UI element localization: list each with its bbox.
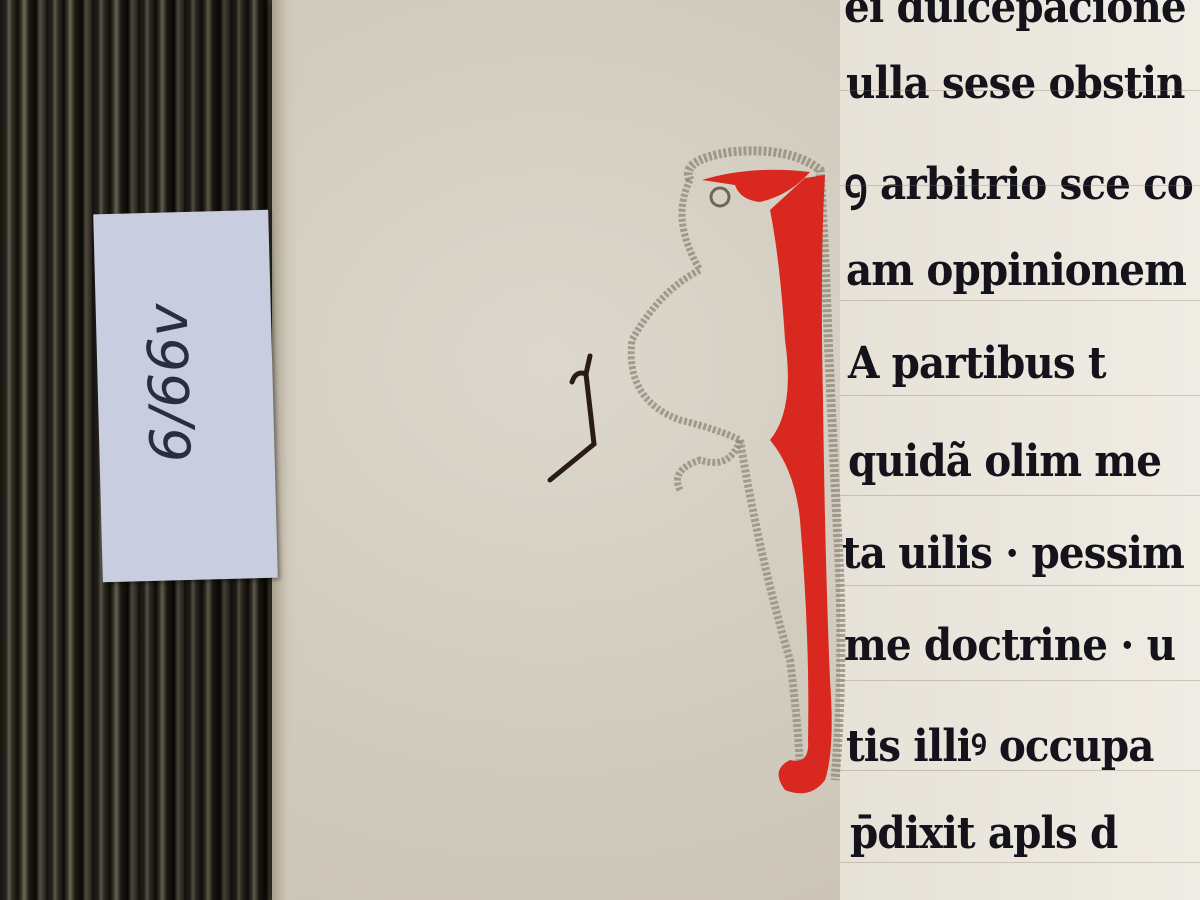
text-line: tis illiꝰ occupa bbox=[846, 714, 1154, 774]
text-line: am oppinionem bbox=[846, 245, 1186, 296]
text-line: ꝯ arbitrio sce co bbox=[844, 152, 1193, 212]
ruling-line bbox=[840, 585, 1200, 586]
ruling-line bbox=[840, 90, 1200, 91]
ruling-line bbox=[840, 300, 1200, 301]
parchment-edge bbox=[272, 0, 298, 900]
marginal-mark-icon bbox=[546, 352, 606, 492]
text-line: p̄dixit apls d bbox=[850, 808, 1117, 859]
text-line: me doctrine · u bbox=[844, 620, 1175, 671]
shelfmark-slip: 6/66v bbox=[93, 210, 278, 582]
ruling-line bbox=[840, 770, 1200, 771]
text-line-rubricated: A partibus t bbox=[848, 338, 1106, 389]
ruling-line bbox=[840, 495, 1200, 496]
ruling-line bbox=[840, 862, 1200, 863]
ruling-line bbox=[840, 395, 1200, 396]
shelfmark-text: 6/66v bbox=[136, 303, 205, 464]
ruling-line bbox=[840, 185, 1200, 186]
text-column: ei dulcepacione ulla sese obstin ꝯ arbit… bbox=[840, 0, 1200, 900]
text-line: quidã olim me bbox=[848, 436, 1161, 487]
decorated-initial-icon bbox=[620, 140, 860, 810]
text-line: ei dulcepacione bbox=[844, 0, 1186, 33]
text-line: ulla sese obstin bbox=[846, 58, 1185, 109]
text-line: ta uilis · pessim bbox=[842, 528, 1184, 579]
ruling-line bbox=[840, 680, 1200, 681]
